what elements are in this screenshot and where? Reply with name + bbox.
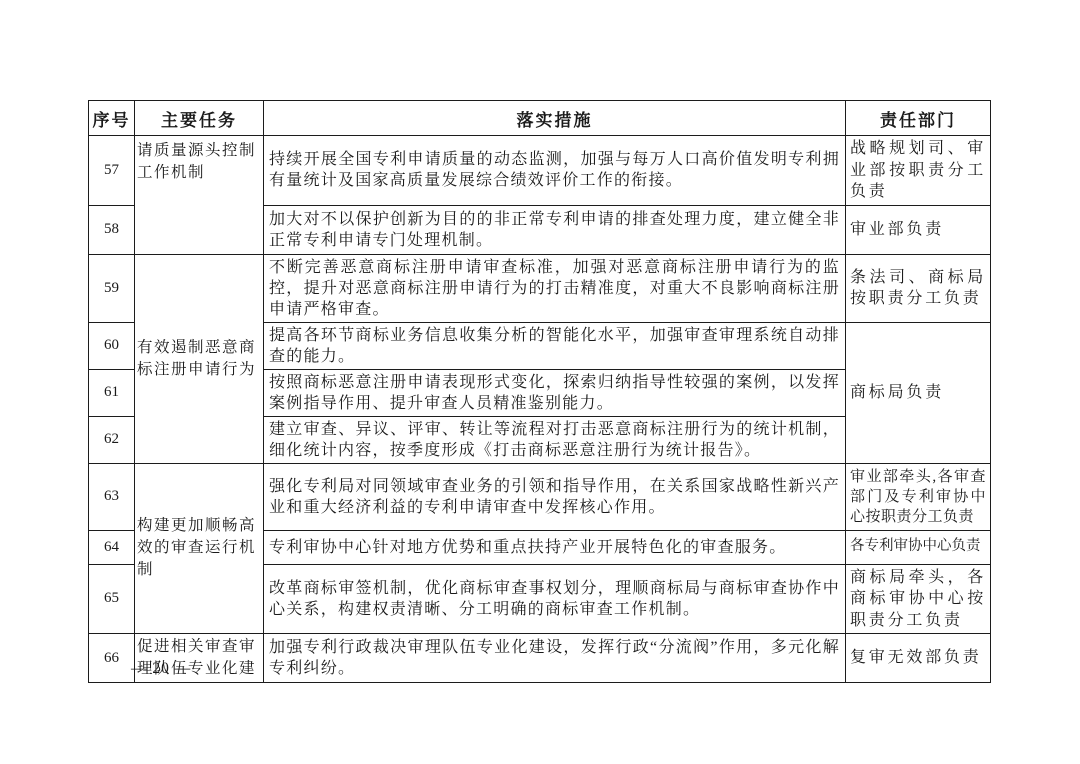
- column-header-measure: 落实措施: [264, 101, 846, 136]
- column-header-dept: 责任部门: [846, 101, 991, 136]
- measure-cell: 强化专利局对同领域审查业务的引领和指导作用，在关系国家战略性新兴产业和重大经济利…: [264, 463, 846, 530]
- dept-cell: 战略规划司、审业部按职责分工负责: [846, 136, 991, 206]
- task-cell: 有效遏制恶意商标注册申请行为: [135, 254, 264, 463]
- dept-cell: 各专利审协中心负责: [846, 530, 991, 564]
- document-page: 序号 主要任务 落实措施 责任部门 57 请质量源头控制工作机制 持续开展全国专…: [0, 0, 1080, 764]
- dept-cell: 条法司、商标局按职责分工负责: [846, 254, 991, 322]
- measure-cell: 建立审查、异议、评审、转让等流程对打击恶意商标注册行为的统计机制，细化统计内容，…: [264, 416, 846, 463]
- measure-cell: 专利审协中心针对地方优势和重点扶持产业开展特色化的审查服务。: [264, 530, 846, 564]
- dept-cell: 审业部牵头,各审查部门及专利审协中心按职责分工负责: [846, 463, 991, 530]
- task-cell: 构建更加顺畅高效的审查运行机制: [135, 463, 264, 634]
- column-header-task: 主要任务: [135, 101, 264, 136]
- task-table: 序号 主要任务 落实措施 责任部门 57 请质量源头控制工作机制 持续开展全国专…: [88, 100, 991, 683]
- table-header-row: 序号 主要任务 落实措施 责任部门: [89, 101, 991, 136]
- serial-cell: 58: [89, 205, 135, 254]
- dept-cell: 商标局牵头，各商标审协中心按职责分工负责: [846, 564, 991, 634]
- serial-cell: 66: [89, 634, 135, 683]
- dept-cell: 复审无效部负责: [846, 634, 991, 683]
- serial-cell: 57: [89, 136, 135, 206]
- measure-cell: 提高各环节商标业务信息收集分析的智能化水平，加强审查审理系统自动排查的能力。: [264, 322, 846, 369]
- dept-cell: 商标局负责: [846, 322, 991, 463]
- table-row-59: 59 有效遏制恶意商标注册申请行为 不断完善恶意商标注册申请审查标准，加强对恶意…: [89, 254, 991, 322]
- measure-cell: 加大对不以保护创新为目的的非正常专利申请的排查处理力度，建立健全非正常专利申请专…: [264, 205, 846, 254]
- table-row-57: 57 请质量源头控制工作机制 持续开展全国专利申请质量的动态监测，加强与每万人口…: [89, 136, 991, 206]
- dept-cell: 审业部负责: [846, 205, 991, 254]
- measure-cell: 持续开展全国专利申请质量的动态监测，加强与每万人口高价值发明专利拥有量统计及国家…: [264, 136, 846, 206]
- measure-cell: 加强专利行政裁决审理队伍专业化建设，发挥行政“分流阀”作用，多元化解专利纠纷。: [264, 634, 846, 683]
- serial-cell: 60: [89, 322, 135, 369]
- measure-cell: 不断完善恶意商标注册申请审查标准，加强对恶意商标注册申请行为的监控，提升对恶意商…: [264, 254, 846, 322]
- table-row-66: 66 促进相关审查审理队伍专业化建 加强专利行政裁决审理队伍专业化建设，发挥行政…: [89, 634, 991, 683]
- serial-cell: 61: [89, 369, 135, 416]
- serial-cell: 64: [89, 530, 135, 564]
- serial-cell: 62: [89, 416, 135, 463]
- column-header-serial: 序号: [89, 101, 135, 136]
- task-cell: 请质量源头控制工作机制: [135, 136, 264, 255]
- serial-cell: 65: [89, 564, 135, 634]
- serial-cell: 63: [89, 463, 135, 530]
- measure-cell: 改革商标审签机制，优化商标审查事权划分，理顺商标局与商标审查协作中心关系，构建权…: [264, 564, 846, 634]
- serial-cell: 59: [89, 254, 135, 322]
- page-number: — 20 —: [131, 660, 191, 678]
- measure-cell: 按照商标恶意注册申请表现形式变化，探索归纳指导性较强的案例，以发挥案例指导作用、…: [264, 369, 846, 416]
- table-row-63: 63 构建更加顺畅高效的审查运行机制 强化专利局对同领域审查业务的引领和指导作用…: [89, 463, 991, 530]
